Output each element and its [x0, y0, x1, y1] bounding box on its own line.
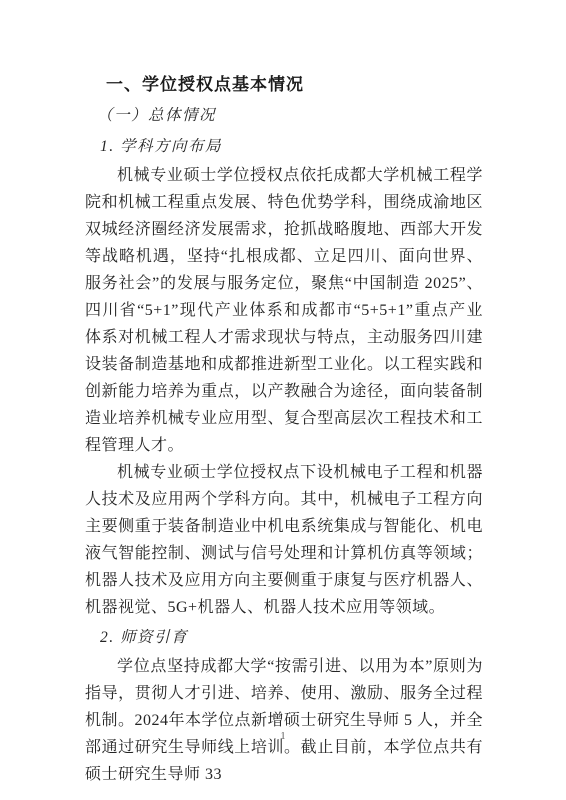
document-page: 一、学位授权点基本情况 （一）总体情况 1. 学科方向布局 机械专业硕士学位授权…	[0, 0, 566, 800]
topic-heading-faculty-recruitment: 2. 师资引育	[85, 622, 483, 653]
subsection-heading: （一）总体情况	[85, 100, 483, 131]
page-number: 1	[0, 731, 566, 742]
body-paragraph: 机械专业硕士学位授权点依托成都大学机械工程学院和机械工程重点发展、特色优势学科，…	[85, 162, 483, 459]
body-paragraph: 学位点坚持成都大学“按需引进、以用为本”原则为指导，贯彻人才引进、培养、使用、激…	[85, 653, 483, 788]
topic-heading-discipline-layout: 1. 学科方向布局	[85, 131, 483, 162]
section-heading: 一、学位授权点基本情况	[85, 70, 483, 100]
body-paragraph: 机械专业硕士学位授权点下设机械电子工程和机器人技术及应用两个学科方向。其中，机械…	[85, 459, 483, 621]
page-content: 一、学位授权点基本情况 （一）总体情况 1. 学科方向布局 机械专业硕士学位授权…	[85, 70, 483, 788]
